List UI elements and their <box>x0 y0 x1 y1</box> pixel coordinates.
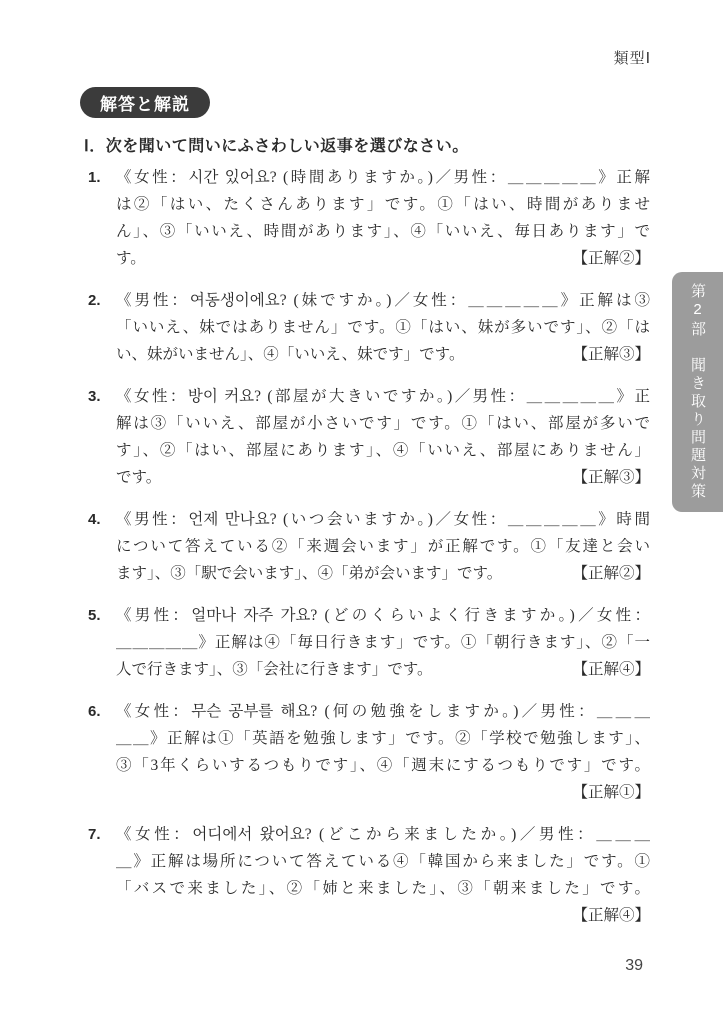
qa-item: 5.《男性：얼마나 자주 가요? (どのくらいよく行きますか。)／女性：＿＿＿＿… <box>88 602 650 683</box>
explanation-last-text: ます」、③「駅で会います」、④「弟が会います」です。 <box>116 560 502 587</box>
item-last-line: す。【正解②】 <box>116 245 650 272</box>
qa-item: 2.《男性：여동생이에요? (妹ですか。)／女性：＿＿＿＿＿》正解は③「いいえ、… <box>88 287 650 368</box>
item-body: 《男性：얼마나 자주 가요? (どのくらいよく行きますか。)／女性：＿＿＿＿＿》… <box>116 602 650 683</box>
explanation-line: ＿》正解は場所について答えている④「韓国から来ました」です。① <box>116 848 650 875</box>
qa-item: 7.《女性：어디에서 왔어요? (どこから来ましたか。)／男性：＿＿＿＿》正解は… <box>88 821 650 929</box>
explanation-line: 解は③「いいえ、部屋が小さいです」です。①「はい、部屋が多いで <box>116 410 650 437</box>
page-type-label: 類型Ⅰ <box>614 47 651 68</box>
explanation-line: 《女性：시간 있어요? (時間ありますか。)／男性：＿＿＿＿＿》正解 <box>116 164 650 191</box>
item-body: 《女性：방이 커요? (部屋が大きいですか。)／男性：＿＿＿＿＿》正解は③「いい… <box>116 383 650 491</box>
item-last-line: ます」、③「駅で会います」、④「弟が会います」です。【正解②】 <box>116 560 650 587</box>
item-body: 《女性：어디에서 왔어요? (どこから来ましたか。)／男性：＿＿＿＿》正解は場所… <box>116 821 650 929</box>
explanation-line: ん」、③「いいえ、時間があります」、④「いいえ、毎日あります」で <box>116 218 650 245</box>
item-body: 《男性：언제 만나요? (いつ会いますか。)／女性：＿＿＿＿＿》時間について答え… <box>116 506 650 587</box>
explanation-last-text: い、妹がいません」、④「いいえ、妹です」です。 <box>116 341 464 368</box>
correct-answer-label: 【正解①】 <box>572 779 650 806</box>
item-last-line: 人で行きます」、③「会社に行きます」です。【正解④】 <box>116 656 650 683</box>
item-number: 7. <box>88 821 116 929</box>
correct-answer-label: 【正解②】 <box>572 560 650 587</box>
explanation-line: 《女性：무슨 공부를 해요? (何の勉強をしますか。)／男性：＿＿＿ <box>116 698 650 725</box>
explanation-last-text: す。 <box>116 245 146 272</box>
item-last-line: い、妹がいません」、④「いいえ、妹です」です。【正解③】 <box>116 341 650 368</box>
item-body: 《男性：여동생이에요? (妹ですか。)／女性：＿＿＿＿＿》正解は③「いいえ、妹で… <box>116 287 650 368</box>
item-number: 5. <box>88 602 116 683</box>
explanation-line: 《男性：언제 만나요? (いつ会いますか。)／女性：＿＿＿＿＿》時間 <box>116 506 650 533</box>
explanation-last-text: です。 <box>116 464 161 491</box>
explanation-line: 《女性：어디에서 왔어요? (どこから来ましたか。)／男性：＿＿＿ <box>116 821 650 848</box>
correct-answer-label: 【正解④】 <box>572 902 650 929</box>
explanation-line: ＿＿＿＿＿》正解は④「毎日行きます」です。①「朝行きます」、②「一 <box>116 629 650 656</box>
answers-badge: 解答と解説 <box>80 87 210 118</box>
answers-badge-label: 解答と解説 <box>100 90 190 115</box>
explanation-line: 《男性：얼마나 자주 가요? (どのくらいよく行きますか。)／女性： <box>116 602 650 629</box>
explanation-line: について答えている②「来週会います」が正解です。①「友達と会い <box>116 533 650 560</box>
item-body: 《女性：무슨 공부를 해요? (何の勉強をしますか。)／男性：＿＿＿＿＿》正解は… <box>116 698 650 806</box>
items-list: 1.《女性：시간 있어요? (時間ありますか。)／男性：＿＿＿＿＿》正解は②「は… <box>88 164 650 944</box>
section-heading: Ⅰ．次を聞いて問いにふさわしい返事を選びなさい。 <box>84 133 469 156</box>
qa-item: 6.《女性：무슨 공부를 해요? (何の勉強をしますか。)／男性：＿＿＿＿＿》正… <box>88 698 650 806</box>
page-number: 39 <box>625 957 643 975</box>
correct-answer-label: 【正解③】 <box>572 464 650 491</box>
correct-answer-label: 【正解③】 <box>572 341 650 368</box>
explanation-line: 《女性：방이 커요? (部屋が大きいですか。)／男性：＿＿＿＿＿》正 <box>116 383 650 410</box>
correct-answer-label: 【正解②】 <box>572 245 650 272</box>
explanation-last-text: 人で行きます」、③「会社に行きます」です。 <box>116 656 433 683</box>
explanation-line: ＿＿》正解は①「英語を勉強します」です。②「学校で勉強します」、 <box>116 725 650 752</box>
explanation-line: す」、②「はい、部屋にあります」、④「いいえ、部屋にありません」 <box>116 437 650 464</box>
qa-item: 4.《男性：언제 만나요? (いつ会いますか。)／女性：＿＿＿＿＿》時間について… <box>88 506 650 587</box>
explanation-line: 「バスで来ました」、②「姉と来ました」、③「朝来ました」です。 <box>116 875 650 902</box>
qa-item: 1.《女性：시간 있어요? (時間ありますか。)／男性：＿＿＿＿＿》正解は②「は… <box>88 164 650 272</box>
explanation-line: ③「3年くらいするつもりです」、④「週末にするつもりです」です。 <box>116 752 650 779</box>
part2-side-tab-label: 第2部 聞き取り問題対策 <box>687 283 708 501</box>
explanation-line: 「いいえ、妹ではありません」です。①「はい、妹が多いです」、②「は <box>116 314 650 341</box>
item-number: 4. <box>88 506 116 587</box>
explanation-line: は②「はい、たくさんあります」です。①「はい、時間がありませ <box>116 191 650 218</box>
item-last-line: 【正解④】 <box>116 902 650 929</box>
correct-answer-label: 【正解④】 <box>572 656 650 683</box>
part2-side-tab: 第2部 聞き取り問題対策 <box>672 272 723 512</box>
explanation-line: 《男性：여동생이에요? (妹ですか。)／女性：＿＿＿＿＿》正解は③ <box>116 287 650 314</box>
item-last-line: 【正解①】 <box>116 779 650 806</box>
item-number: 6. <box>88 698 116 806</box>
item-last-line: です。【正解③】 <box>116 464 650 491</box>
qa-item: 3.《女性：방이 커요? (部屋が大きいですか。)／男性：＿＿＿＿＿》正解は③「… <box>88 383 650 491</box>
item-number: 3. <box>88 383 116 491</box>
item-number: 2. <box>88 287 116 368</box>
item-body: 《女性：시간 있어요? (時間ありますか。)／男性：＿＿＿＿＿》正解は②「はい、… <box>116 164 650 272</box>
item-number: 1. <box>88 164 116 272</box>
